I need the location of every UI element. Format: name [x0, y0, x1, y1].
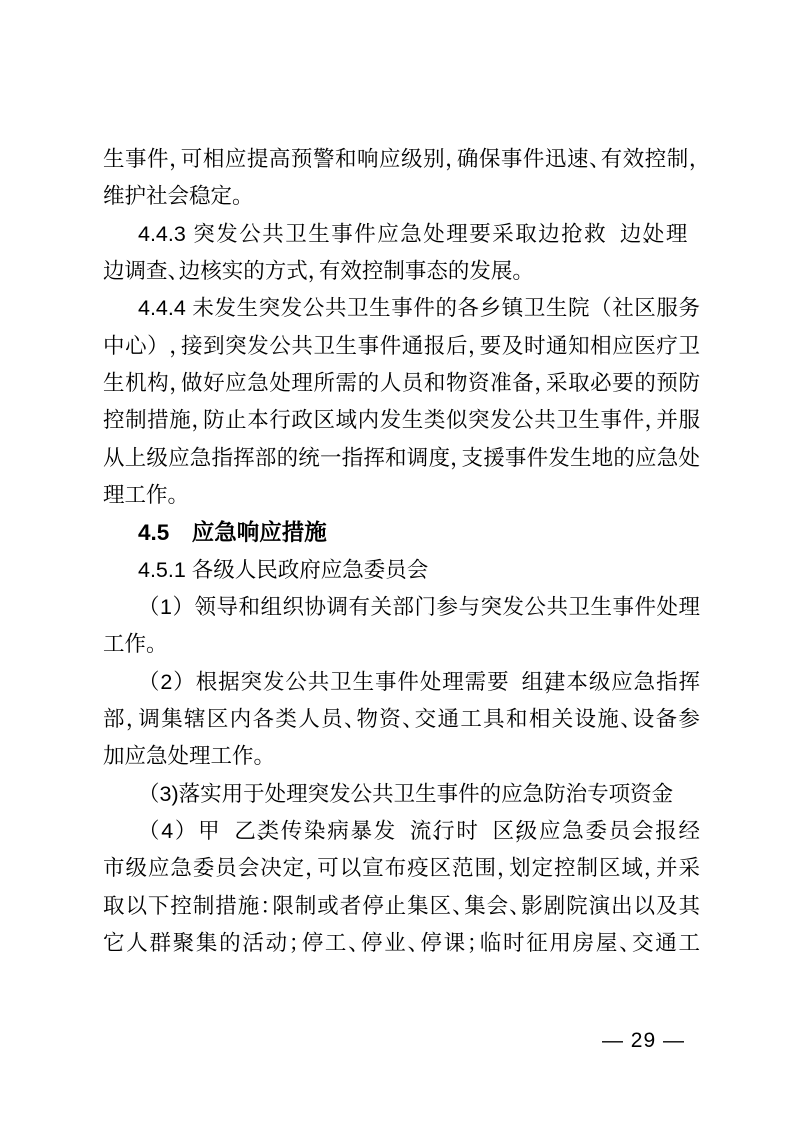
text-line: 部，调集辖区内各类人员、物资、交通工具和相关设施、设备参: [103, 701, 700, 738]
text-line: （4）甲、乙类传染病暴发、流行时，区级应急委员会报经: [103, 813, 700, 850]
punctuation: 。: [232, 178, 243, 215]
paragraph-item-1: （1）领导和组织协调有关部门参与突发公共卫生事件处理工作。: [103, 589, 700, 664]
punctuation: 。: [512, 253, 523, 290]
paragraph-sec-4-5-1: 4.5.1 各级人民政府应急委员会: [103, 552, 700, 589]
punctuation: 。: [254, 738, 265, 775]
paragraph-item-4: （4）甲、乙类传染病暴发、流行时，区级应急委员会报经市级应急委员会决定，可以宣布…: [103, 813, 700, 962]
punctuation: ，: [308, 253, 319, 290]
punctuation: ，: [645, 402, 656, 439]
text-line: 中心），接到突发公共卫生事件通报后，要及时通知相应医疗卫: [103, 328, 700, 365]
punctuation: ，: [445, 141, 456, 178]
text-line: 4.4.4 未发生突发公共卫生事件的各乡镇卫生院（社区服务: [103, 290, 700, 327]
text-line: 生机构，做好应急处理所需的人员和物资准备，采取必要的预防: [103, 365, 700, 402]
paragraph-sec-4-5-heading: 4.5 应急响应措施: [103, 514, 700, 551]
text-line: （2）根据突发公共卫生事件处理需要，组建本级应急指挥: [103, 664, 700, 701]
document-page: 生事件，可相应提高预警和响应级别，确保事件迅速、有效控制，维护社会稳定。4.4.…: [0, 0, 793, 1122]
punctuation: ，: [534, 365, 545, 402]
punctuation: ，: [305, 850, 316, 887]
punctuation: 、: [344, 701, 355, 738]
punctuation: ：: [260, 888, 271, 925]
punctuation: ，: [191, 402, 202, 439]
text-line: 4.5 应急响应措施: [103, 514, 700, 551]
text-line: 4.4.3 突发公共卫生事件应急处理要采取边抢救、边处理、: [103, 216, 700, 253]
punctuation: ；: [467, 925, 478, 962]
punctuation: ，: [644, 850, 655, 887]
text-line: （3)落实用于处理突发公共卫生事件的应急防治专项资金。: [103, 776, 700, 813]
text-line: 控制措施，防止本行政区域内发生类似突发公共卫生事件，并服: [103, 402, 700, 439]
punctuation: 。: [146, 626, 157, 663]
punctuation: ，: [169, 141, 180, 178]
punctuation: 、: [348, 925, 359, 962]
punctuation: ，: [450, 440, 461, 477]
punctuation: 、: [619, 925, 630, 962]
punctuation: 、: [589, 141, 600, 178]
punctuation: ，: [497, 850, 508, 887]
punctuation: ，: [169, 328, 180, 365]
punctuation: ，: [169, 365, 180, 402]
punctuation: 、: [620, 701, 631, 738]
text-line: 它人群聚集的活动；停工、停业、停课；临时征用房屋、交通工: [103, 925, 700, 962]
paragraph-sec-4-4-2-continuation: 生事件，可相应提高预警和响应级别，确保事件迅速、有效控制，维护社会稳定。: [103, 141, 700, 216]
punctuation: 、: [408, 925, 419, 962]
text-line: 4.5.1 各级人民政府应急委员会: [103, 552, 700, 589]
paragraph-item-3: （3)落实用于处理突发公共卫生事件的应急防治专项资金。: [103, 776, 700, 813]
punctuation: ，: [689, 141, 700, 178]
punctuation: 、: [221, 813, 232, 850]
text-line: 从上级应急指挥部的统一指挥和调度，支援事件发生地的应急处: [103, 440, 700, 477]
punctuation: ，: [468, 328, 479, 365]
text-line: 边调查、边核实的方式，有效控制事态的发展。: [103, 253, 700, 290]
punctuation: 、: [689, 216, 700, 253]
punctuation: 。: [168, 477, 179, 514]
paragraph-sec-4-4-4: 4.4.4 未发生突发公共卫生事件的各乡镇卫生院（社区服务中心），接到突发公共卫…: [103, 290, 700, 514]
text-line: 理工作。: [103, 477, 700, 514]
punctuation: ；: [289, 925, 300, 962]
punctuation: 、: [397, 813, 408, 850]
text-line: 维护社会稳定。: [103, 178, 700, 215]
punctuation: 。: [673, 776, 684, 813]
document-body: 生事件，可相应提高预警和响应级别，确保事件迅速、有效控制，维护社会稳定。4.4.…: [103, 141, 700, 962]
text-line: （1）领导和组织协调有关部门参与突发公共卫生事件处理: [103, 589, 700, 626]
paragraph-item-2: （2）根据突发公共卫生事件处理需要，组建本级应急指挥部，调集辖区内各类人员、物资…: [103, 664, 700, 776]
text-line: 工作。: [103, 626, 700, 663]
punctuation: 、: [402, 701, 413, 738]
punctuation: 、: [607, 216, 618, 253]
punctuation: ，: [480, 813, 491, 850]
punctuation: 、: [452, 888, 463, 925]
punctuation: 、: [509, 888, 520, 925]
text-line: 加应急处理工作。: [103, 738, 700, 775]
page-number: — 29 —: [602, 1029, 685, 1053]
paragraph-sec-4-4-3: 4.4.3 突发公共卫生事件应急处理要采取边抢救、边处理、边调查、边核实的方式，…: [103, 216, 700, 291]
punctuation: ，: [126, 701, 137, 738]
text-line: 取以下控制措施：限制或者停止集区、集会、影剧院演出以及其: [103, 888, 700, 925]
punctuation: ，: [510, 664, 521, 701]
punctuation: 、: [168, 253, 179, 290]
text-line: 生事件，可相应提高预警和响应级别，确保事件迅速、有效控制，: [103, 141, 700, 178]
text-line: 市级应急委员会决定，可以宣布疫区范围，划定控制区域，并采: [103, 850, 700, 887]
